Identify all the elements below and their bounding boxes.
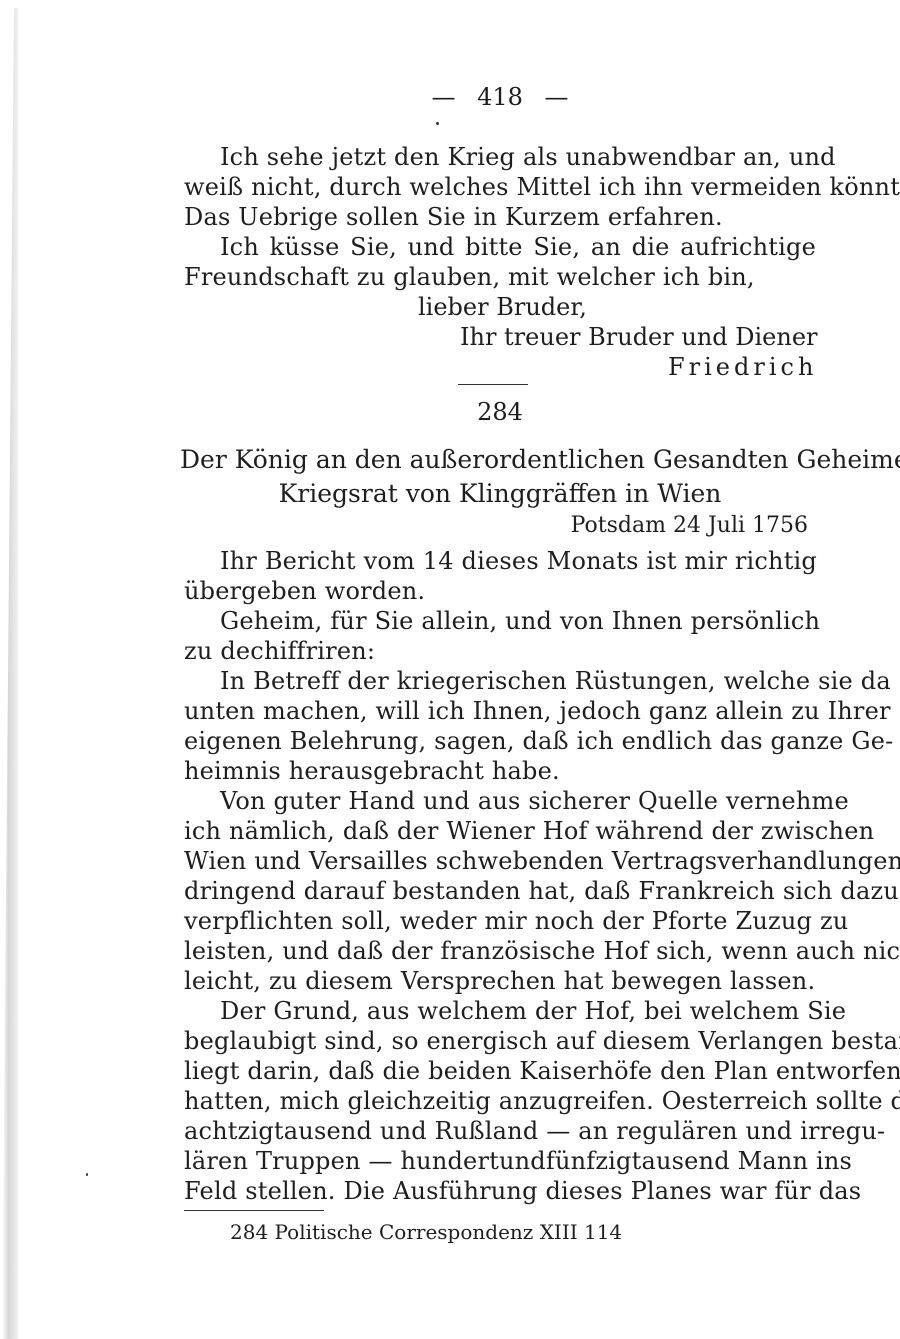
section-separator (458, 384, 528, 385)
letter-heading-line: Der König an den außerordentlichen Gesan… (180, 444, 820, 476)
text-line: leicht, zu diesem Versprechen hat bewege… (184, 966, 816, 996)
page-number: — 418 — (420, 82, 580, 112)
text-line: Von guter Hand und aus sicherer Quelle v… (220, 786, 816, 816)
text-line: Wien und Versailles schwebenden Vertrags… (184, 846, 816, 876)
stray-ink-dot (436, 122, 439, 125)
text-line: beglaubigt sind, so energisch auf diesem… (184, 1026, 816, 1056)
footnote-rule (184, 1210, 324, 1211)
signature: Friedrich (668, 352, 817, 382)
text-line: ich nämlich, daß der Wiener Hof während … (184, 816, 816, 846)
footnote: 284 Politische Correspondenz XIII 114 (230, 1219, 622, 1245)
text-line: Der Grund, aus welchem der Hof, bei welc… (220, 996, 816, 1026)
salutation: lieber Bruder, (418, 292, 587, 322)
text-line: Ich küsse Sie, und bitte Sie, an die auf… (220, 232, 816, 262)
text-line: Das Uebrige sollen Sie in Kurzem erfahre… (184, 202, 816, 232)
text-line: lären Truppen — hundertundfünfzigtausend… (184, 1146, 816, 1176)
scan-edge-shadow (2, 8, 18, 1339)
text-line: Geheim, für Sie allein, und von Ihnen pe… (220, 606, 816, 636)
closing-formula: Ihr treuer Bruder und Diener (460, 322, 818, 352)
letter-number: 284 (440, 397, 560, 427)
text-line: unten machen, will ich Ihnen, jedoch gan… (184, 696, 816, 726)
text-line: liegt darin, daß die beiden Kaiserhöfe d… (184, 1056, 816, 1086)
text-line: eigenen Belehrung, sagen, daß ich endlic… (184, 726, 816, 756)
text-line: In Betreff der kriegerischen Rüstungen, … (220, 666, 816, 696)
text-line: weiß nicht, durch welches Mittel ich ihn… (184, 172, 816, 202)
dateline: Potsdam 24 Juli 1756 (571, 512, 808, 540)
text-line: heimnis herausgebracht habe. (184, 756, 816, 786)
scanned-book-page: — 418 — Ich sehe jetzt den Krieg als una… (0, 0, 900, 1339)
text-line: verpflichten soll, weder mir noch der Pf… (184, 906, 816, 936)
text-line: Ich sehe jetzt den Krieg als unabwendbar… (220, 142, 816, 172)
text-line: achtzigtausend und Rußland — an reguläre… (184, 1116, 816, 1146)
text-line: übergeben worden. (184, 576, 816, 606)
text-line: Ihr Bericht vom 14 dieses Monats ist mir… (220, 546, 816, 576)
text-line: dringend darauf bestanden hat, daß Frank… (184, 876, 816, 906)
text-line: Feld stellen. Die Ausführung dieses Plan… (184, 1176, 816, 1206)
stray-ink-dot (86, 1173, 88, 1176)
text-line: zu dechiffriren: (184, 636, 816, 666)
letter-heading-line: Kriegsrat von Klinggräffen in Wien (180, 478, 820, 510)
text-line: Freundschaft zu glauben, mit welcher ich… (184, 262, 816, 292)
text-line: hatten, mich gleichzeitig anzugreifen. O… (184, 1086, 816, 1116)
text-line: leisten, und daß der französische Hof si… (184, 936, 816, 966)
